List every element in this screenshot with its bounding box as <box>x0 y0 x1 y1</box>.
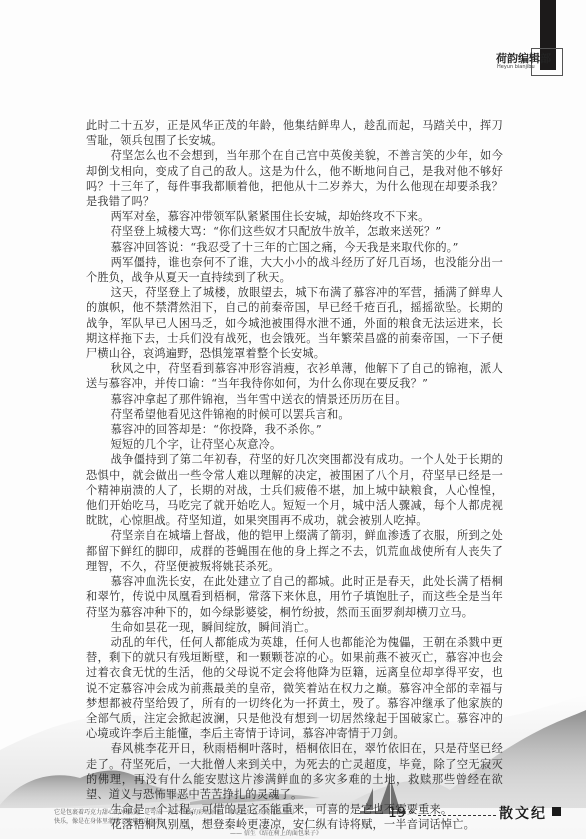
header-subtitle: Heyun bianjibu <box>497 64 535 70</box>
paragraph: 短短的几个字，让苻坚心灰意冷。 <box>86 437 503 452</box>
paragraph: 生命如昙花一现，瞬间绽放，瞬间消亡。 <box>86 620 503 635</box>
paragraph: 苻坚希望他看见这件锦袍的时候可以罢兵言和。 <box>86 407 503 422</box>
article-body: 此时二十五岁，正是风华正茂的年龄，他集结鲜卑人，趁乱而起，马踏关中，挥刀雪耻，领… <box>86 118 503 833</box>
page-arrow-icon: « <box>408 807 414 818</box>
paragraph: 苻坚怎么也不会想到，当年那个在自己宫中英俊美貌，不善言笑的少年，如今却倒戈相向，… <box>86 148 503 209</box>
paragraph: 苻坚登上城楼大骂：“你们这些奴才只配放牛放羊，怎敢来送死？” <box>86 224 503 239</box>
paragraph: 两军对垒，慕容冲带领军队紧紧围住长安城，却始终攻不下来。 <box>86 209 503 224</box>
paragraph: 战争僵持到了第二年初春，苻坚的好几次突围都没有成功。一个人处于长期的恐惧中，就会… <box>86 452 503 528</box>
paragraph: 春风桃李花开日，秋雨梧桐叶落时，梧桐依旧在，翠竹依旧在，只是苻坚已经走了。苻坚死… <box>86 741 503 802</box>
paragraph: 苻坚亲自在城墙上督战，他的铠甲上缀满了箭羽，鲜血渗透了衣服，所到之处都留下鲜红的… <box>86 528 503 574</box>
square-icon <box>552 807 561 816</box>
page-number: 19 <box>388 805 406 821</box>
footer-quote: 它是包裹着巧克力甜心的冰激凌，是弯成一座小拱桥的彩虹景色，像是漫步在玫瑰花丛里的… <box>54 808 294 826</box>
paragraph: 慕容冲的回答却是：“你投降，我不杀你。” <box>86 422 503 437</box>
paragraph: 两军僵持，谁也奈何不了谁，大大小小的战斗经历了好几百场，也没能分出一个胜负，战争… <box>86 255 503 285</box>
paragraph: 慕容冲血洗长安，在此处建立了自己的都城。此时正是春天，此处长满了梧桐和翠竹，传说… <box>86 574 503 620</box>
paragraph: 慕容冲回答说：“我忍受了十三年的亡国之痛，今天我是来取代你的。” <box>86 240 503 255</box>
paragraph: 慕容冲拿起了那件锦袍，当年雪中送衣的情景还历历在目。 <box>86 392 503 407</box>
paragraph: 秋风之中，苻坚看到慕容冲形容消瘦，衣衫单薄，他解下了自己的锦袍，派人送与慕容冲，… <box>86 361 503 391</box>
dotted-divider <box>418 815 496 816</box>
paragraph: 动乱的年代，任何人都能成为英雄，任何人也都能沦为傀儡，王朝在杀戮中更替，剩下的就… <box>86 635 503 741</box>
footer-quote-source: —— 信生《结在树上的面包果子》 <box>230 828 322 837</box>
paragraph: 此时二十五岁，正是风华正茂的年龄，他集结鲜卑人，趁乱而起，马踏关中，挥刀雪耻，领… <box>86 118 503 148</box>
section-name: 散文纪 <box>499 803 547 823</box>
paragraph: 这天，苻坚登上了城楼，放眼望去，城下布满了慕容冲的军营，插满了鲜卑人的旗帜，他不… <box>86 285 503 361</box>
